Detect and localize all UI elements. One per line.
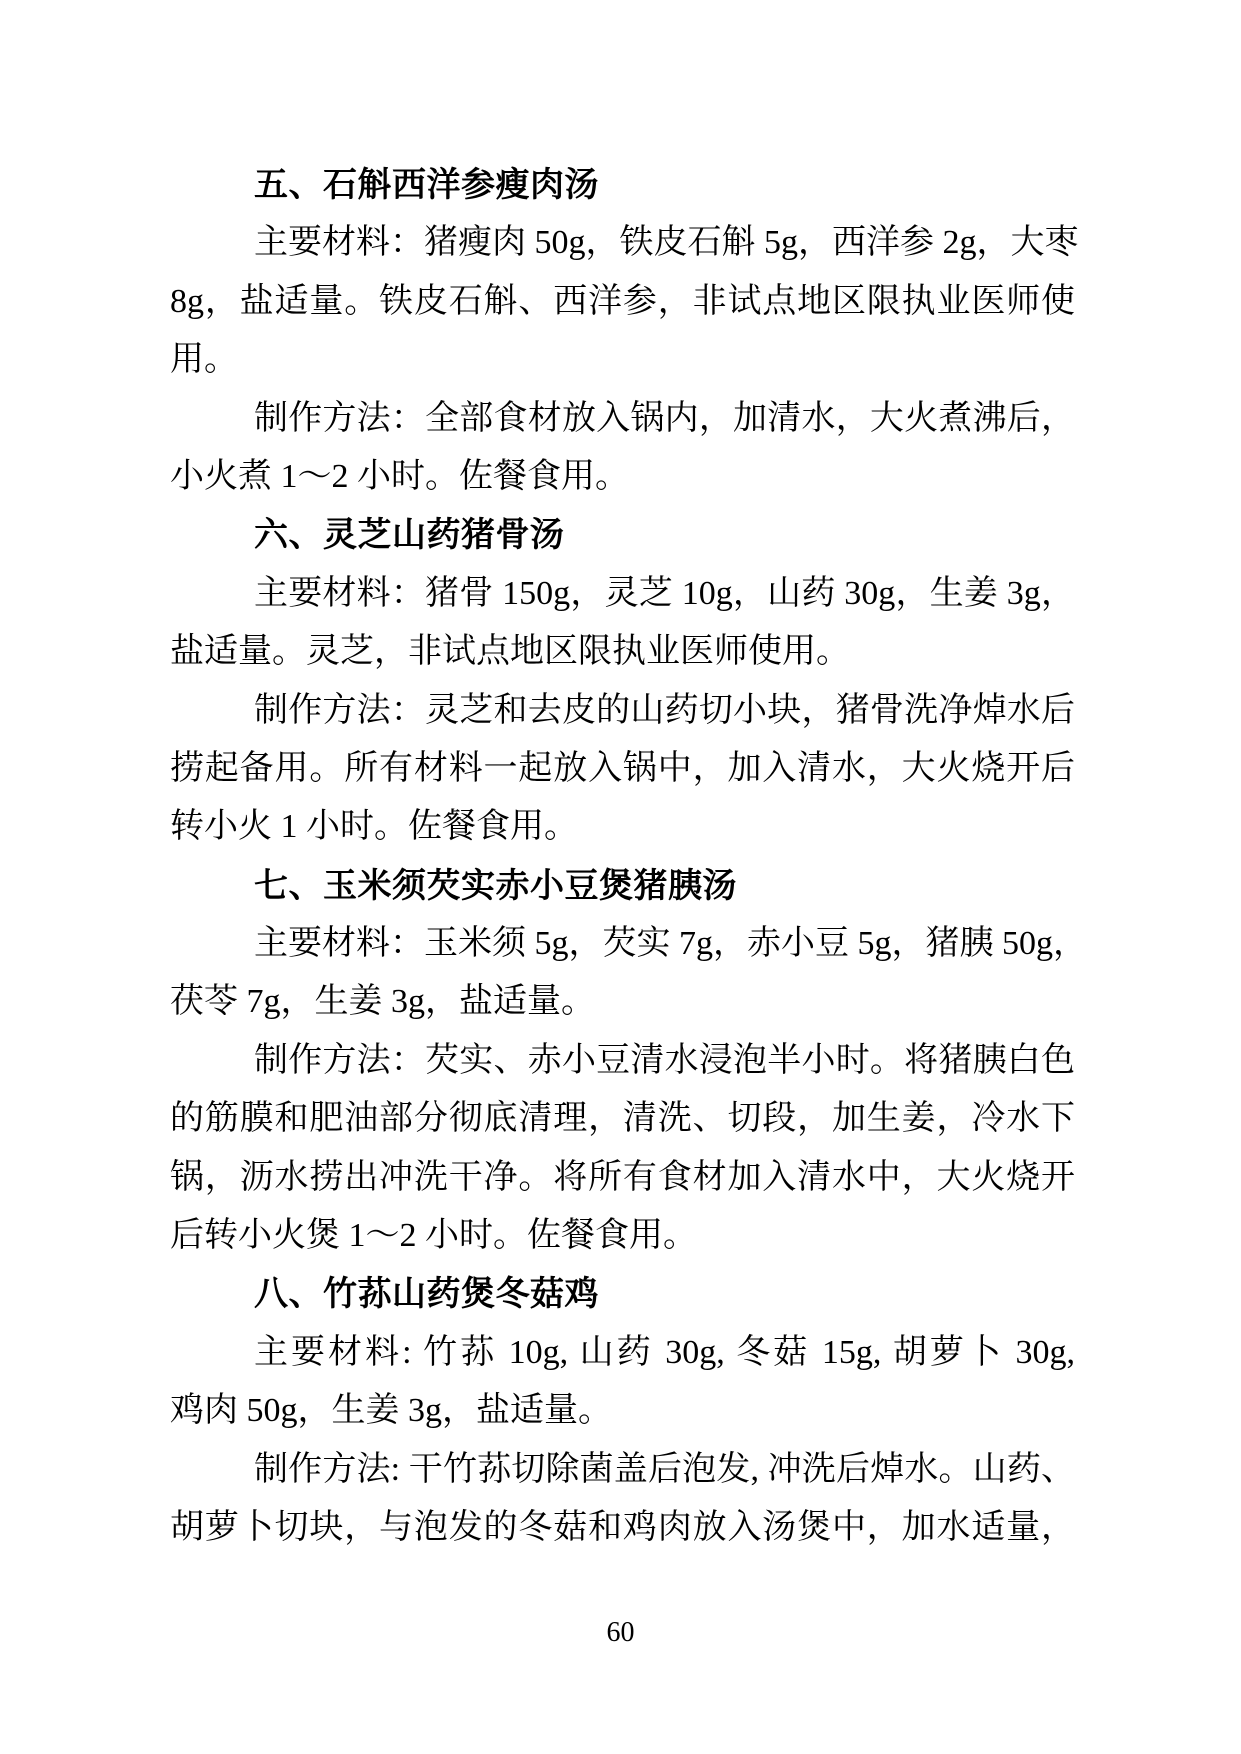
text-line: 捞起备用。所有材料一起放入锅中，加入清水，大火烧开后 xyxy=(170,740,1075,798)
text-line: 制作方法：芡实、赤小豆清水浸泡半小时。将猪胰白色 xyxy=(170,1032,1075,1090)
section-heading: 六、灵芝山药猪骨汤 xyxy=(170,506,1075,564)
document-page: 五、石斛西洋参瘦肉汤主要材料：猪瘦肉 50g，铁皮石斛 5g，西洋参 2g，大枣… xyxy=(0,0,1241,1754)
text-line: 主要材料：猪骨 150g，灵芝 10g，山药 30g，生姜 3g， xyxy=(170,565,1075,623)
text-line: 主要材料：猪瘦肉 50g，铁皮石斛 5g，西洋参 2g，大枣 xyxy=(170,214,1075,272)
text-line: 小火煮 1～2 小时。佐餐食用。 xyxy=(170,448,1075,506)
section-heading: 七、玉米须芡实赤小豆煲猪胰汤 xyxy=(170,857,1075,915)
text-line: 制作方法：全部食材放入锅内，加清水，大火煮沸后， xyxy=(170,390,1075,448)
text-line: 的筋膜和肥油部分彻底清理，清洗、切段，加生姜，冷水下 xyxy=(170,1090,1075,1148)
text-line: 盐适量。灵芝，非试点地区限执业医师使用。 xyxy=(170,623,1075,681)
text-line: 茯苓 7g，生姜 3g，盐适量。 xyxy=(170,973,1075,1031)
page-number: 60 xyxy=(0,1614,1241,1652)
text-line: 制作方法: 干竹荪切除菌盖后泡发, 冲洗后焯水。山药、 xyxy=(170,1441,1075,1499)
text-line: 后转小火煲 1～2 小时。佐餐食用。 xyxy=(170,1207,1075,1265)
section-heading: 八、竹荪山药煲冬菇鸡 xyxy=(170,1265,1075,1323)
text-line: 用。 xyxy=(170,331,1075,389)
text-line: 鸡肉 50g，生姜 3g，盐适量。 xyxy=(170,1382,1075,1440)
text-line: 转小火 1 小时。佐餐食用。 xyxy=(170,798,1075,856)
text-line: 胡萝卜切块，与泡发的冬菇和鸡肉放入汤煲中，加水适量， xyxy=(170,1499,1075,1557)
text-line: 主要材料: 竹荪 10g, 山药 30g, 冬菇 15g, 胡萝卜 30g, xyxy=(170,1324,1075,1382)
text-line: 制作方法：灵芝和去皮的山药切小块，猪骨洗净焯水后 xyxy=(170,682,1075,740)
text-line: 8g，盐适量。铁皮石斛、西洋参，非试点地区限执业医师使 xyxy=(170,273,1075,331)
section-heading: 五、石斛西洋参瘦肉汤 xyxy=(170,156,1075,214)
text-line: 主要材料：玉米须 5g，芡实 7g，赤小豆 5g，猪胰 50g， xyxy=(170,915,1075,973)
text-line: 锅，沥水捞出冲洗干净。将所有食材加入清水中，大火烧开 xyxy=(170,1149,1075,1207)
document-body: 五、石斛西洋参瘦肉汤主要材料：猪瘦肉 50g，铁皮石斛 5g，西洋参 2g，大枣… xyxy=(170,156,1075,1557)
